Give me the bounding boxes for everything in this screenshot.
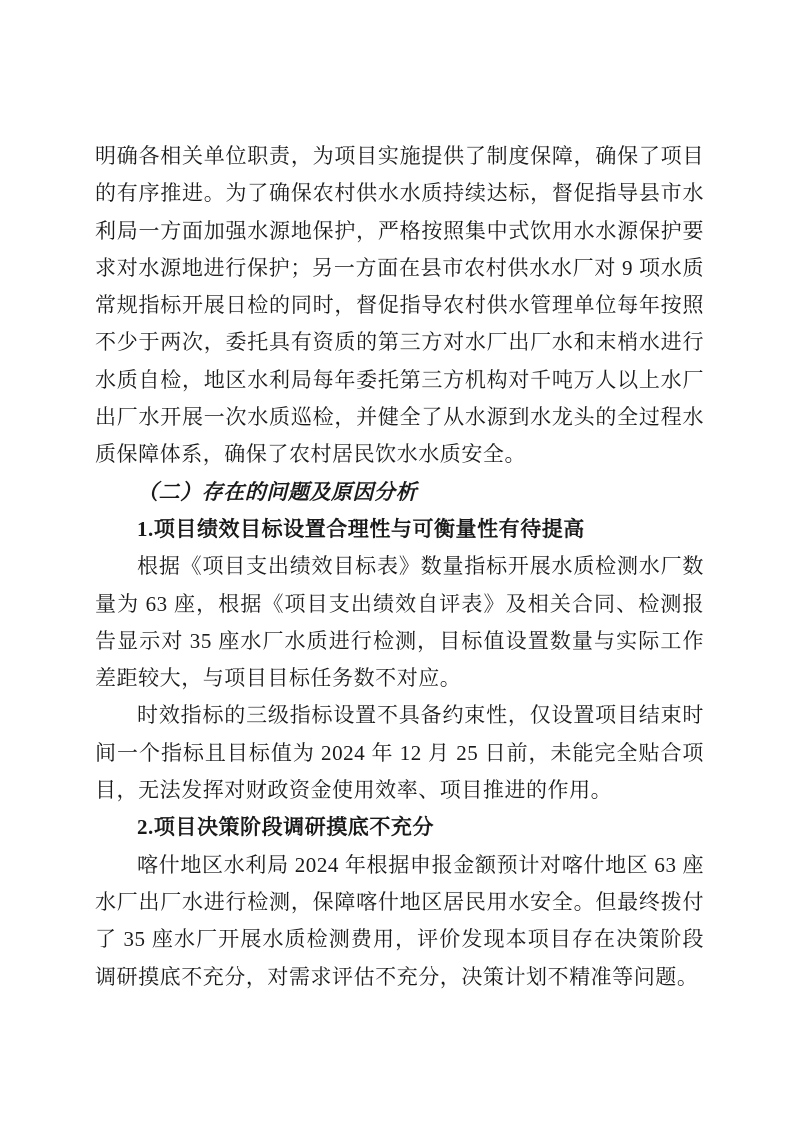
subsection-heading-1-performance-targets: 1.项目绩效目标设置合理性与可衡量性有待提高 xyxy=(95,511,704,548)
subsection-heading-2-decision-research: 2.项目决策阶段调研摸底不充分 xyxy=(95,809,704,846)
page-text-block: 明确各相关单位职责，为项目实施提供了制度保障，确保了项目的有序推进。为了确保农村… xyxy=(95,138,704,996)
paragraph-continuation: 明确各相关单位职责，为项目实施提供了制度保障，确保了项目的有序推进。为了确保农村… xyxy=(95,138,704,474)
document-page: 明确各相关单位职责，为项目实施提供了制度保障，确保了项目的有序推进。为了确保农村… xyxy=(0,0,793,1122)
paragraph-time-indicator: 时效指标的三级指标设置不具备约束性，仅设置项目结束时间一个指标且目标值为 202… xyxy=(95,697,704,809)
section-heading-problems-analysis: （二）存在的问题及原因分析 xyxy=(95,474,704,511)
paragraph-kashgar-water-bureau: 喀什地区水利局 2024 年根据申报金额预计对喀什地区 63 座水厂出厂水进行检… xyxy=(95,847,704,996)
paragraph-target-table: 根据《项目支出绩效目标表》数量指标开展水质检测水厂数量为 63 座，根据《项目支… xyxy=(95,548,704,697)
